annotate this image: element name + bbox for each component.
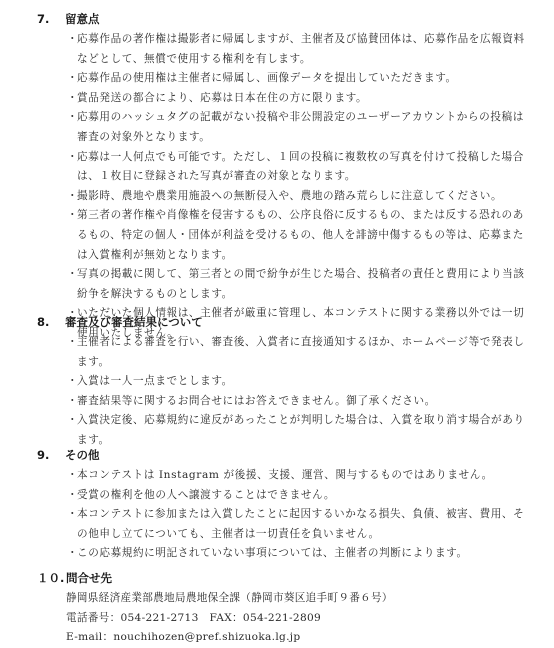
- list-item: ・入賞決定後、応募規約に違反があったことが判明した場合は、入賞を取り消す場合があ…: [66, 411, 526, 450]
- list-item: ・応募用のハッシュタグの記載がない投稿や非公開設定のユーザーアカウントからの投稿…: [66, 108, 526, 147]
- bullet-icon: ・: [67, 89, 77, 109]
- contact-phone-fax: 電話番号：054-221-2713 FAX：054-221-2809: [66, 609, 393, 629]
- bullet-icon: ・: [67, 30, 77, 50]
- list-item: ・本コンテストに参加または入賞したことに起因するいかなる損失、負債、被害、費用、…: [66, 505, 526, 544]
- section-title: 留意点: [65, 12, 100, 26]
- contact-block: 静岡県経済産業部農地局農地保全課（静岡市葵区追手町９番６号） 電話番号：054-…: [66, 589, 393, 648]
- section-heading: 8.審査及び審査結果について: [37, 313, 203, 331]
- list-item: ・受賞の権利を他の人へ譲渡することはできません。: [66, 486, 526, 506]
- list-item: ・主催者による審査を行い、審査後、入賞者に直接通知するほか、ホームページ等で発表…: [66, 333, 526, 372]
- list-item: ・本コンテストは Instagram が後援、支援、運営、関与するものではありま…: [66, 466, 526, 486]
- document-page: 7.留意点 ・応募作品の著作権は撮影者に帰属しますが、主催者及び協賛団体は、応募…: [0, 0, 554, 648]
- bullet-list: ・主催者による審査を行い、審査後、入賞者に直接通知するほか、ホームページ等で発表…: [66, 333, 526, 451]
- bullet-icon: ・: [67, 148, 77, 168]
- bullet-icon: ・: [67, 108, 77, 128]
- bullet-icon: ・: [67, 333, 77, 353]
- list-item: ・審査結果等に関するお問合せにはお答えできません。御了承ください。: [66, 392, 526, 412]
- bullet-list: ・応募作品の著作権は撮影者に帰属しますが、主催者及び協賛団体は、応募作品を広報資…: [66, 30, 526, 344]
- bullet-icon: ・: [67, 69, 77, 89]
- section-title: 審査及び審査結果について: [65, 315, 203, 329]
- section-number: 7.: [37, 10, 65, 28]
- list-item: ・応募作品の著作権は撮影者に帰属しますが、主催者及び協賛団体は、応募作品を広報資…: [66, 30, 526, 69]
- bullet-icon: ・: [67, 466, 77, 486]
- section-heading: 7.留意点: [37, 10, 100, 28]
- section-title: 問合せ先: [66, 571, 112, 585]
- bullet-icon: ・: [67, 505, 77, 525]
- section-title: その他: [65, 448, 100, 462]
- list-item: ・撮影時、農地や農業用施設への無断侵入や、農地の踏み荒らしに注意してください。: [66, 187, 526, 207]
- contact-email[interactable]: E-mail：nouchihozen@pref.shizuoka.lg.jp: [66, 628, 393, 648]
- list-item: ・入賞は一人一点までとします。: [66, 372, 526, 392]
- list-item: ・写真の掲載に関して、第三者との間で紛争が生じた場合、投稿者の責任と費用により当…: [66, 265, 526, 304]
- section-heading: 9.その他: [37, 446, 100, 464]
- list-item: ・応募は一人何点でも可能です。ただし、１回の投稿に複数枚の写真を付けて投稿した場…: [66, 148, 526, 187]
- contact-organization: 静岡県経済産業部農地局農地保全課（静岡市葵区追手町９番６号）: [66, 589, 393, 609]
- bullet-icon: ・: [67, 392, 77, 412]
- section-number: １０.: [37, 569, 66, 587]
- section-number: 8.: [37, 313, 65, 331]
- list-item: ・賞品発送の都合により、応募は日本在住の方に限ります。: [66, 89, 526, 109]
- bullet-icon: ・: [67, 544, 77, 564]
- bullet-list: ・本コンテストは Instagram が後援、支援、運営、関与するものではありま…: [66, 466, 526, 564]
- bullet-icon: ・: [67, 486, 77, 506]
- list-item: ・第三者の著作権や肖像権を侵害するもの、公序良俗に反するもの、または反する恐れの…: [66, 206, 526, 265]
- bullet-icon: ・: [67, 206, 77, 226]
- bullet-icon: ・: [67, 372, 77, 392]
- section-number: 9.: [37, 446, 65, 464]
- bullet-icon: ・: [67, 411, 77, 431]
- bullet-icon: ・: [67, 187, 77, 207]
- section-heading: １０.問合せ先: [37, 569, 112, 587]
- list-item: ・この応募規約に明記されていない事項については、主催者の判断によります。: [66, 544, 526, 564]
- bullet-icon: ・: [67, 265, 77, 285]
- list-item: ・応募作品の使用権は主催者に帰属し、画像データを提出していただきます。: [66, 69, 526, 89]
